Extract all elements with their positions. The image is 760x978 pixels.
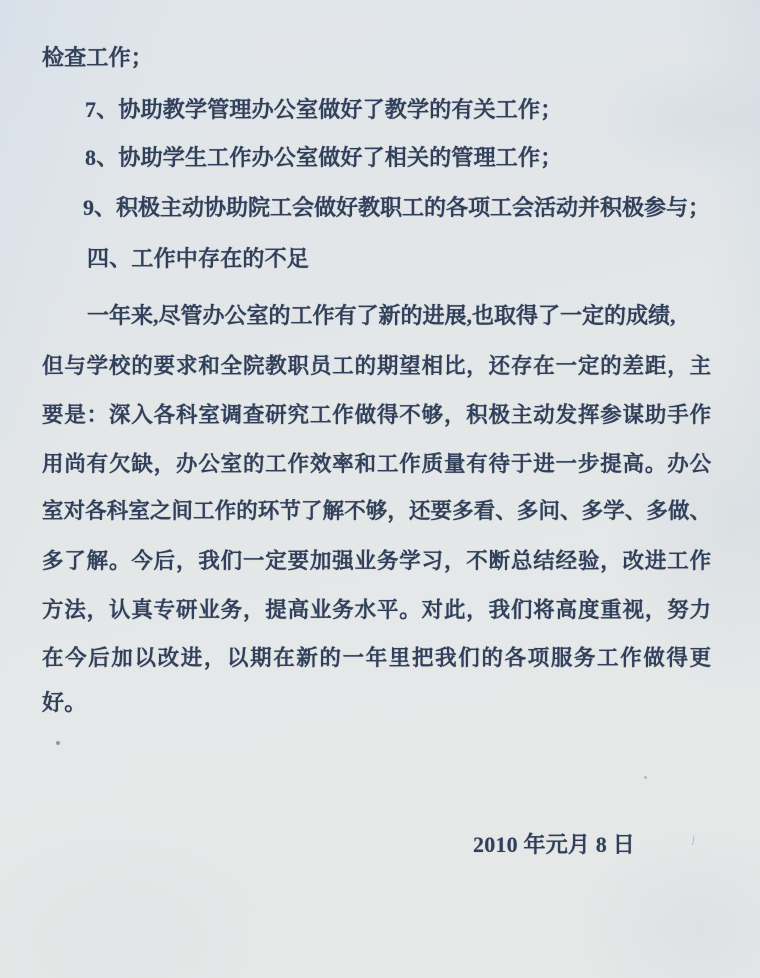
paragraph-line: 在今后加以改进，以期在新的一年里把我们的各项服务工作做得更 — [42, 644, 711, 672]
paragraph-line: 方法，认真专研业务，提高业务水平。对此，我们将高度重视，努力 — [42, 596, 711, 624]
paragraph-line: 但与学校的要求和全院教职员工的期望相比，还存在一定的差距，主 — [42, 352, 711, 380]
scanned-document-page: 检查工作； 7、协助教学管理办公室做好了教学的有关工作； 8、协助学生工作办公室… — [0, 0, 760, 978]
paragraph-line: 室对各科室之间工作的环节了解不够，还要多看、多问、多学、多做、 — [42, 497, 711, 525]
paragraph-line: 多了解。今后，我们一定要加强业务学习，不断总结经验，改进工作 — [42, 547, 711, 575]
scan-speck — [56, 741, 60, 745]
paragraph-line: 用尚有欠缺，办公室的工作效率和工作质量有待于进一步提高。办公 — [42, 450, 711, 478]
scan-speck — [644, 776, 647, 779]
date-line: 2010 年元月 8 日 — [473, 831, 635, 859]
paragraph-last-line: 好。 — [42, 689, 86, 717]
section-heading: 四、工作中存在的不足 — [87, 245, 309, 273]
paragraph-line: 要是：深入各科室调查研究工作做得不够，积极主动发挥参谋助手作 — [42, 401, 711, 429]
paragraph-line-indent: 一年来,尽管办公室的工作有了新的进展,也取得了一定的成绩, — [87, 302, 676, 330]
list-item-9: 9、积极主动协助院工会做好教职工的各项工会活动并积极参与； — [83, 194, 710, 222]
list-item-7: 7、协助教学管理办公室做好了教学的有关工作； — [85, 96, 562, 124]
scan-artifact-mark — [685, 830, 695, 846]
body-line-continuation: 检查工作； — [42, 44, 153, 72]
list-item-8: 8、协助学生工作办公室做好了相关的管理工作； — [85, 144, 562, 172]
